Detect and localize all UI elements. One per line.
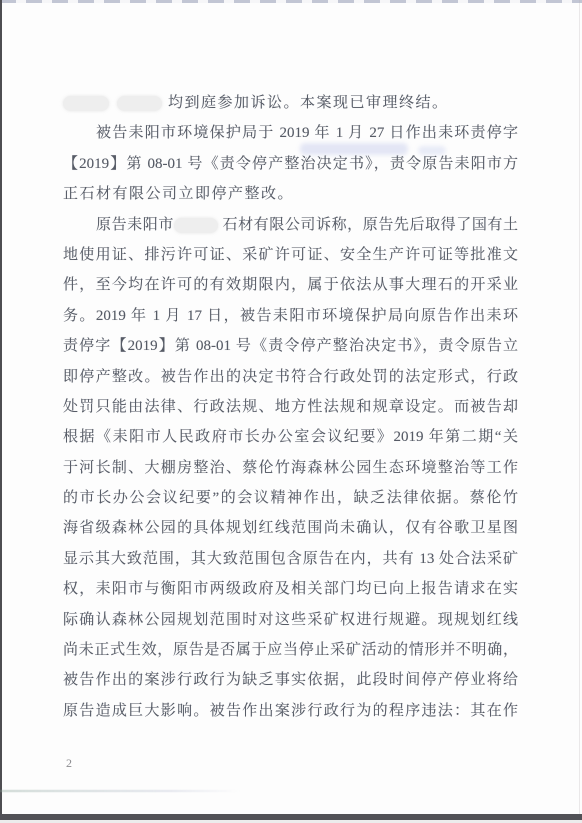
document-line: 于河长制、大棚房整治、蔡伦竹海森林公园生态环境整治等工作 bbox=[63, 453, 518, 483]
document-line: 显示其大致范围，其大致范围包含原告在内，共有 13 处合法采矿 bbox=[63, 544, 518, 574]
scan-top-edge bbox=[0, 0, 582, 3]
scan-right-edge bbox=[579, 0, 580, 819]
document-line: 际确认森林公园规划范围时对这些采矿权进行规避。现规划红线 bbox=[63, 605, 518, 635]
text-run: 际确认森林公园规划范围时对这些采矿权进行规避。现规划红线 bbox=[63, 612, 518, 628]
document-text-block: 均到庭参加诉讼。本案现已审理终结。被告耒阳市环境保护局于 2019 年 1 月 … bbox=[63, 88, 518, 726]
text-run: 原告耒阳市 bbox=[96, 217, 174, 233]
redaction-mark bbox=[63, 96, 109, 111]
document-line: 即停产整改。被告作出的决定书符合行政处罚的法定形式，行政 bbox=[63, 362, 518, 392]
text-run: 的市长办公会议纪要”的会议精神作出，缺乏法律依据。蔡伦竹 bbox=[63, 490, 518, 506]
document-line: 【2019】第 08-01 号《责令停产整治决定书》，责令原告耒阳市方 bbox=[63, 149, 518, 179]
document-line: 权，耒阳市与衡阳市两级政府及相关部门均已向上报告请求在实 bbox=[63, 574, 518, 604]
text-run: 正石材有限公司立即停产整改。 bbox=[63, 186, 294, 202]
text-run: 权，耒阳市与衡阳市两级政府及相关部门均已向上报告请求在实 bbox=[63, 581, 518, 597]
text-run: 【2019】第 08-01 号《责令停产整治决定书》，责令原告耒阳市方 bbox=[63, 156, 518, 172]
text-run: 即停产整改。被告作出的决定书符合行政处罚的法定形式，行政 bbox=[63, 369, 518, 385]
text-run: 处罚只能由法律、行政法规、地方性法规和规章设定。而被告却 bbox=[63, 399, 518, 415]
document-line: 海省级森林公园的具体规划红线范围尚未确认，仅有谷歌卫星图 bbox=[63, 513, 518, 543]
document-line: 正石材有限公司立即停产整改。 bbox=[63, 179, 518, 209]
text-run: 于河长制、大棚房整治、蔡伦竹海森林公园生态环境整治等工作 bbox=[63, 460, 518, 476]
document-line: 务。2019 年 1 月 17 日，被告耒阳市环境保护局向原告作出耒环 bbox=[63, 301, 518, 331]
scan-artifact-line bbox=[0, 790, 240, 792]
page-number: 2 bbox=[66, 756, 72, 771]
text-run: 被告耒阳市环境保护局于 2019 年 1 月 27 日作出耒环责停字 bbox=[96, 125, 518, 141]
document-line: 根据《耒阳市人民政府市长办公室会议纪要》2019 年第二期“关 bbox=[63, 422, 518, 452]
document-line: 处罚只能由法律、行政法规、地方性法规和规章设定。而被告却 bbox=[63, 392, 518, 422]
document-line: 被告耒阳市环境保护局于 2019 年 1 月 27 日作出耒环责停字 bbox=[63, 118, 518, 148]
document-line: 原告造成巨大影响。被告作出案涉行政行为的程序违法：其在作 bbox=[63, 696, 518, 726]
scanned-document-page: 均到庭参加诉讼。本案现已审理终结。被告耒阳市环境保护局于 2019 年 1 月 … bbox=[0, 0, 582, 823]
text-run: 地使用证、排污许可证、采矿许可证、安全生产许可证等批准文 bbox=[63, 247, 518, 263]
document-line: 责停字【2019】第 08-01 号《责令停产整治决定书》，责令原告立 bbox=[63, 331, 518, 361]
text-run: 务。2019 年 1 月 17 日，被告耒阳市环境保护局向原告作出耒环 bbox=[63, 308, 518, 324]
text-run: 责停字【2019】第 08-01 号《责令停产整治决定书》，责令原告立 bbox=[63, 338, 518, 354]
text-run: 件，至今均在许可的有效期限内，属于依法从事大理石的开采业 bbox=[63, 277, 518, 293]
document-line: 地使用证、排污许可证、采矿许可证、安全生产许可证等批准文 bbox=[63, 240, 518, 270]
document-line: 的市长办公会议纪要”的会议精神作出，缺乏法律依据。蔡伦竹 bbox=[63, 483, 518, 513]
redaction-mark bbox=[174, 218, 218, 233]
text-run: 海省级森林公园的具体规划红线范围尚未确认，仅有谷歌卫星图 bbox=[63, 520, 518, 536]
document-line: 原告耒阳市石材有限公司诉称，原告先后取得了国有土 bbox=[63, 210, 518, 240]
text-run: 尚未正式生效，原告是否属于应当停止采矿活动的情形并不明确， bbox=[63, 642, 518, 658]
text-run: 石材有限公司诉称，原告先后取得了国有土 bbox=[222, 217, 518, 233]
document-line: 件，至今均在许可的有效期限内，属于依法从事大理石的开采业 bbox=[63, 270, 518, 300]
scan-left-edge bbox=[0, 0, 2, 819]
redaction-mark bbox=[117, 96, 162, 111]
text-run: 原告造成巨大影响。被告作出案涉行政行为的程序违法：其在作 bbox=[63, 703, 518, 719]
document-line: 均到庭参加诉讼。本案现已审理终结。 bbox=[63, 88, 518, 118]
text-run: 根据《耒阳市人民政府市长办公室会议纪要》2019 年第二期“关 bbox=[63, 429, 518, 445]
text-run: 被告作出的案涉行政行为缺乏事实依据，此段时间停产停业将给 bbox=[63, 672, 518, 688]
document-line: 尚未正式生效，原告是否属于应当停止采矿活动的情形并不明确， bbox=[63, 635, 518, 665]
document-line: 被告作出的案涉行政行为缺乏事实依据，此段时间停产停业将给 bbox=[63, 665, 518, 695]
text-run: 均到庭参加诉讼。本案现已审理终结。 bbox=[168, 95, 449, 111]
text-run: 显示其大致范围，其大致范围包含原告在内，共有 13 处合法采矿 bbox=[63, 551, 518, 567]
